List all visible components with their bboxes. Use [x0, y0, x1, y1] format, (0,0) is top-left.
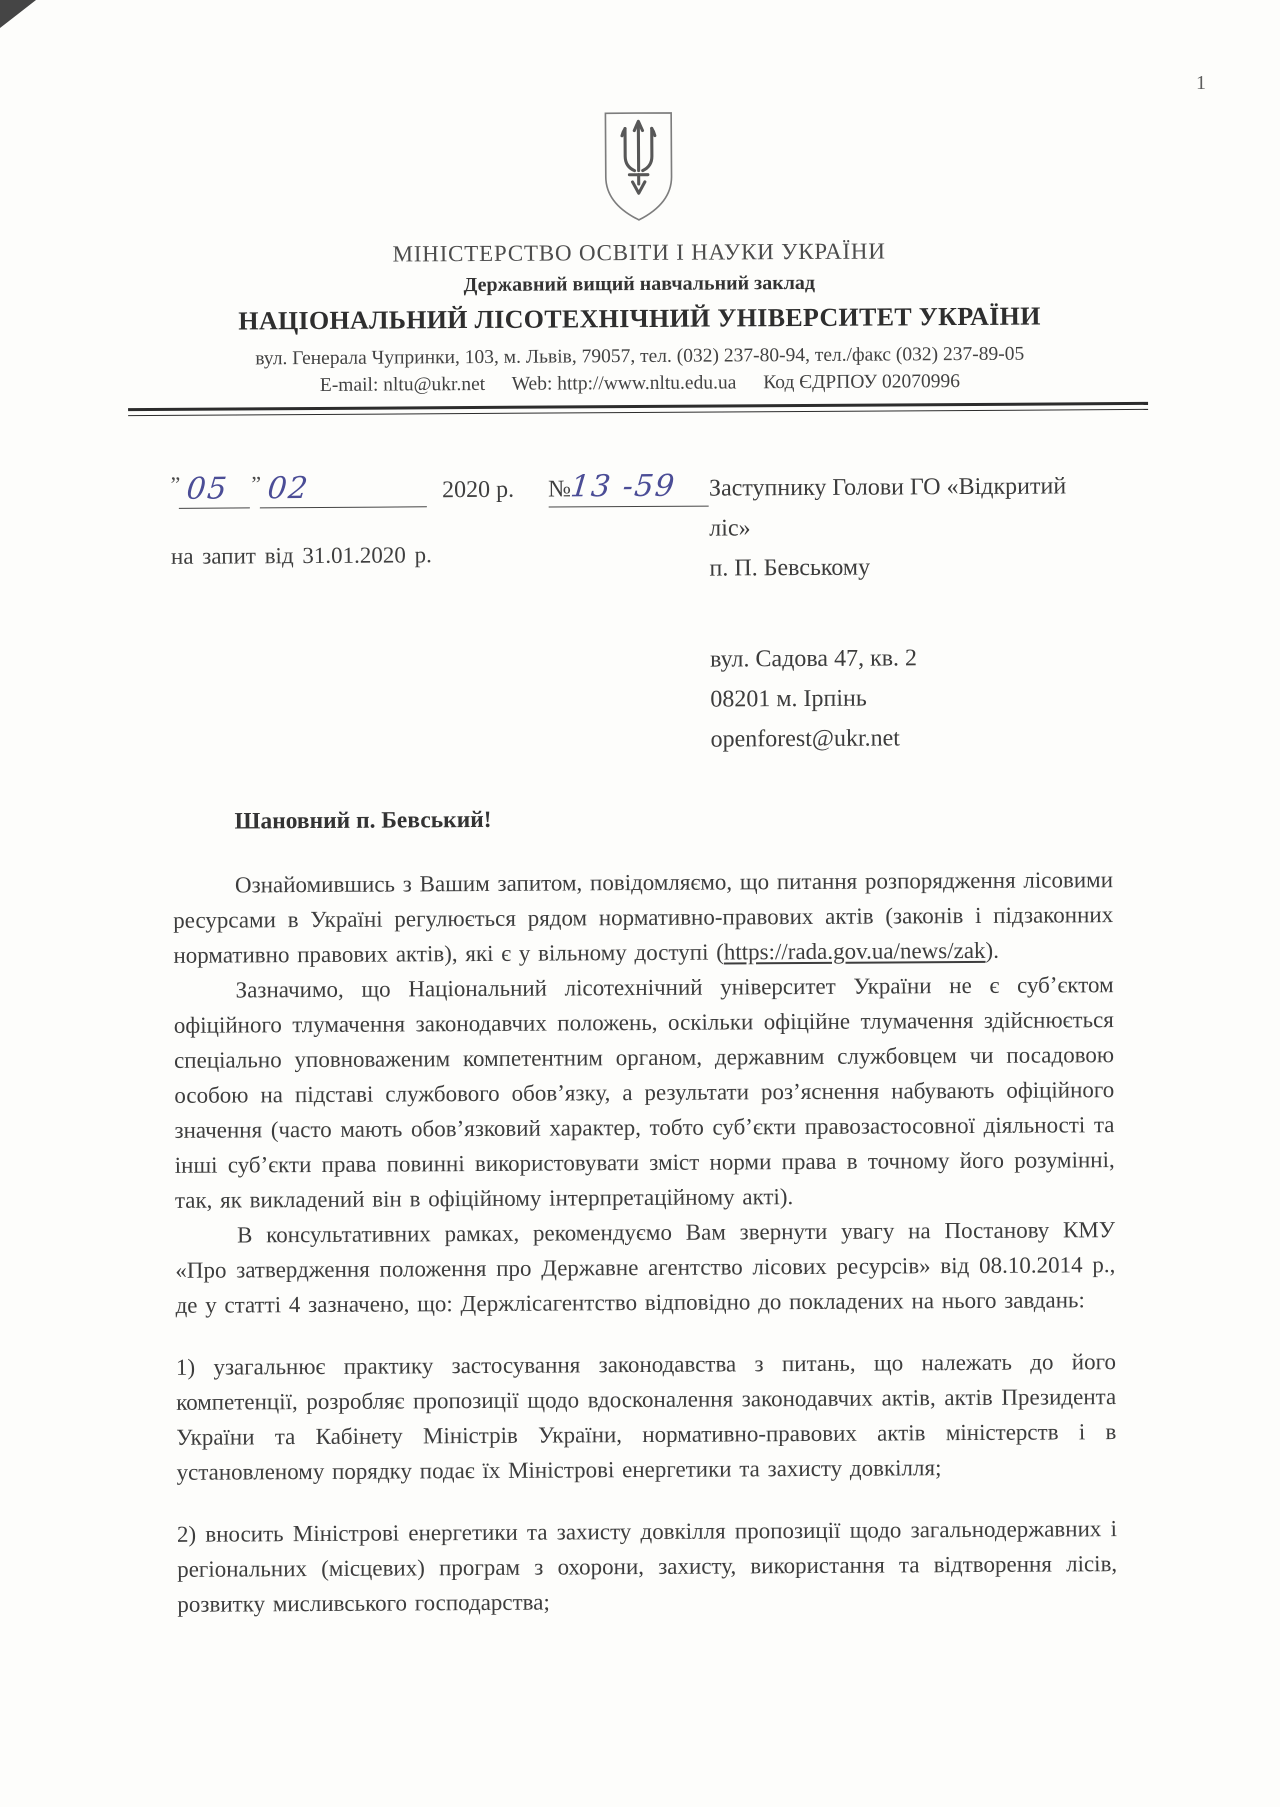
handwritten-month: 02	[259, 472, 429, 508]
institution-type: Державний вищий навчальний заклад	[169, 270, 1109, 299]
paragraph-3: В консультативних рамках, рекомендуємо В…	[175, 1212, 1116, 1323]
web-label: Web:	[512, 374, 553, 395]
reference-row: ”05”022020 р.№13 -59 на запит від 31.01.…	[170, 466, 1112, 763]
university-website: http://www.nltu.edu.ua	[557, 372, 736, 394]
letterhead: МІНІСТЕРСТВО ОСВІТИ І НАУКИ УКРАЇНИ Держ…	[168, 0, 1110, 398]
recipient-name: п. П. Бевському	[709, 546, 1111, 588]
rada-gov-ua-link[interactable]: https://rada.gov.ua/news/zak	[724, 938, 986, 965]
recipient-block: Заступнику Голови ГО «Відкритий ліс» п. …	[709, 466, 1112, 759]
edrpou-code: 02070996	[882, 371, 960, 392]
recipient-city: 08201 м. Ірпінь	[710, 677, 1112, 719]
paragraph-2: Зазначимо, що Національний лісотехнічний…	[174, 967, 1115, 1218]
list-item-1: 1) узагальнює практику застосування зако…	[176, 1344, 1117, 1490]
university-address: вул. Генерала Чупринки, 103, м. Львів, 7…	[170, 343, 1110, 371]
list-item-2: 2) вносить Міністрові енергетики та захи…	[177, 1511, 1118, 1622]
date-and-number-line: ”05”022020 р.№13 -59	[170, 469, 709, 510]
paragraph-1-closing: ).	[985, 938, 999, 963]
printed-year: 2020 р.	[442, 477, 514, 503]
recipient-title: Заступнику Голови ГО «Відкритий ліс»	[709, 466, 1111, 548]
letter-body: Ознайомившись з Вашим запитом, повідомля…	[173, 862, 1118, 1622]
letterhead-divider	[128, 402, 1148, 416]
recipient-email: openforest@ukr.net	[710, 717, 1112, 759]
handwritten-day: 05	[179, 473, 253, 508]
salutation: Шановний п. Бевський!	[173, 803, 1113, 836]
in-reply-to-note: на запит від 31.01.2020 р.	[171, 541, 710, 570]
university-email: nltu@ukr.net	[383, 374, 485, 396]
email-label: E-mail:	[320, 375, 379, 396]
ministry-name: МІНІСТЕРСТВО ОСВІТИ І НАУКИ УКРАЇНИ	[169, 237, 1109, 269]
quote-mark: ”	[170, 472, 180, 497]
scanned-letter-page: 1	[0, 0, 1280, 1807]
ukraine-trident-emblem-icon	[600, 108, 677, 230]
document-reference: ”05”022020 р.№13 -59 на запит від 31.01.…	[170, 469, 710, 763]
edrpou-label: Код ЄДРПОУ	[763, 372, 877, 394]
letter-content: МІНІСТЕРСТВО ОСВІТИ І НАУКИ УКРАЇНИ Держ…	[0, 0, 1280, 1807]
university-contacts: E-mail: nltu@ukr.net Web: http://www.nlt…	[170, 370, 1110, 398]
university-name: НАЦІОНАЛЬНИЙ ЛІСОТЕХНІЧНИЙ УНІВЕРСИТЕТ У…	[169, 301, 1109, 337]
handwritten-document-number: 13 -59	[569, 469, 710, 505]
paragraph-1: Ознайомившись з Вашим запитом, повідомля…	[173, 862, 1114, 973]
number-sign: №	[548, 476, 571, 502]
recipient-street: вул. Садова 47, кв. 2	[710, 637, 1112, 679]
